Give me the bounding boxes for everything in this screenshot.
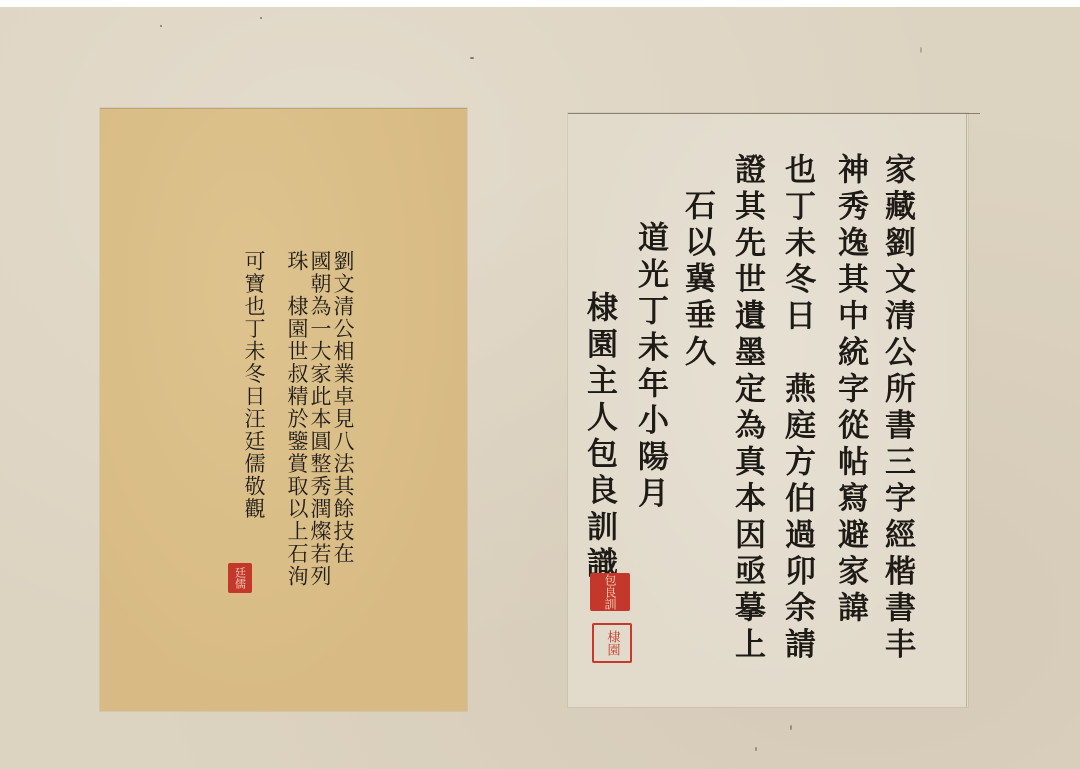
left-leaf-column-2: 國朝為一大家此本圓整秀潤燦若列 [309,250,330,588]
right-leaf-column-7: 棣園主人包良訓識 [583,291,614,583]
right-leaf-column-5: 石以冀垂久 [681,189,712,372]
paper-speck [920,47,922,53]
right-leaf-column-4: 證其先世遺墨定為真本因亟摹上 [731,153,762,664]
right-leaf-column-3: 也丁未冬日 燕庭方伯過卯余請 [781,153,812,664]
paper-speck [470,57,474,59]
left-leaf: 劉文清公相業卓見八法其餘技在 國朝為一大家此本圓整秀潤燦若列 珠 棣園世叔精於鑒… [100,108,467,711]
right-leaf-seal-studio: 棣園 [592,623,632,663]
right-leaf-column-2: 神秀逸其中統字從帖寫避家諱 [834,153,865,628]
leaf-right-edge [966,113,967,707]
left-leaf-column-3: 珠 棣園世叔精於鑒賞取以上石洵 [286,250,307,588]
paper-speck [160,25,162,27]
left-leaf-seal: 廷儒 [228,563,252,593]
left-leaf-column-4: 可寶也丁未冬日汪廷儒敬觀 [243,250,264,520]
right-leaf-column-6: 道光丁未年小陽月 [634,221,665,513]
paper-speck [260,17,262,19]
leaf-top-edge [568,113,980,114]
leaf-top-edge [100,108,467,109]
paper-speck [790,725,792,730]
left-leaf-column-1: 劉文清公相業卓見八法其餘技在 [332,250,353,565]
right-leaf: 家藏劉文清公所書三字經楷書丰 神秀逸其中統字從帖寫避家諱 也丁未冬日 燕庭方伯過… [568,113,968,707]
right-leaf-column-1: 家藏劉文清公所書三字經楷書丰 [881,153,912,664]
paper-speck [755,747,757,751]
right-leaf-seal-name: 包良訓 [590,573,630,611]
